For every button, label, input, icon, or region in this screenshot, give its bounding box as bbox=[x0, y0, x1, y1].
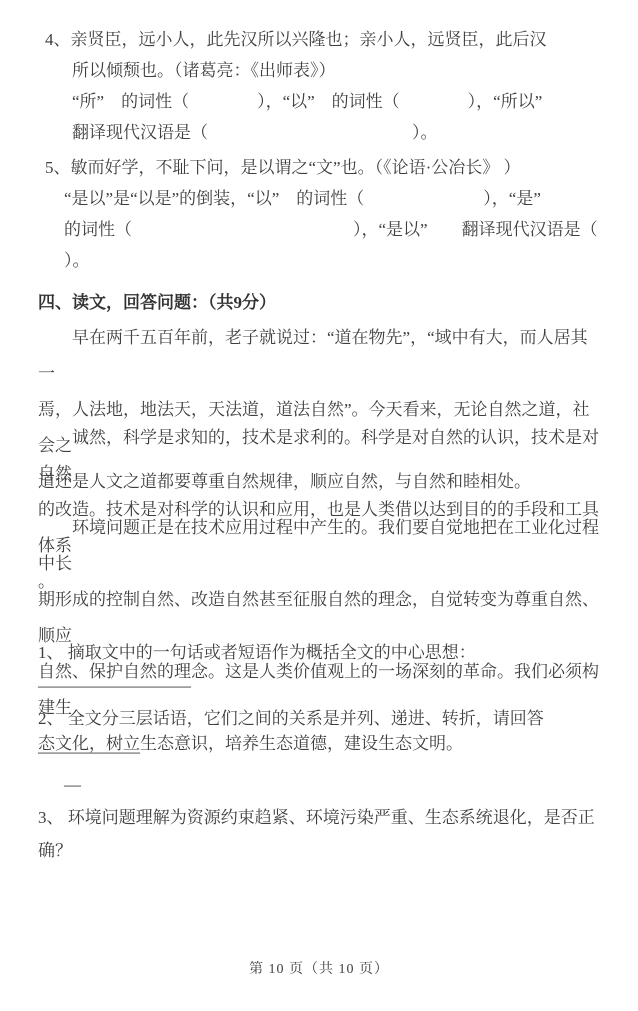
page-number: 第 10 页（共 10 页） bbox=[249, 962, 389, 977]
item5-line-4: ）。 bbox=[38, 245, 602, 276]
item4-line-3: “所” 的词性（ ），“以” 的词性（ ），“所以” bbox=[38, 86, 602, 117]
exercise-item-5: 5、敏而好学，不耻下问，是以谓之“文”也。（《论语·公冶长》 ） “是以”是“以… bbox=[0, 152, 638, 276]
question-3: 3、 环境问题理解为资源约束趋紧、环境污染严重、生态系统退化，是否正确？ bbox=[38, 801, 602, 867]
para1-line-1: 早在两千五百年前，老子就说过：“道在物先”，“域中有大，而人居其一 bbox=[38, 320, 602, 392]
item5-line-2: “是以”是“以是”的倒装，“以” 的词性（ ），“是” bbox=[38, 183, 602, 214]
question-2-continuation: — bbox=[38, 768, 602, 801]
section-4-heading: 四、读文，回答问题：（共9分） bbox=[0, 288, 638, 318]
exam-page: 4、亲贤臣，远小人，此先汉所以兴隆也；亲小人，远贤臣，此后汉 所以倾颓也。（诸葛… bbox=[0, 0, 638, 1011]
page-footer: 第 10 页（共 10 页） bbox=[0, 958, 638, 978]
item4-line-4: 翻译现代汉语是（ ）。 bbox=[38, 117, 602, 148]
question-2: 2、 全文分三层话语，它们之间的关系是并列、递进、转折，请回答—————— bbox=[38, 702, 602, 768]
item4-line-2: 所以倾颓也。（诸葛亮：《出师表》） bbox=[38, 55, 602, 86]
para3-line-1: 环境问题正是在技术应用过程中产生的。我们要自觉地把在工业化过程中长 bbox=[38, 510, 602, 582]
item5-line-3: 的词性（ ），“是以” 翻译现代汉语是（ bbox=[38, 214, 602, 245]
item4-line-1: 4、亲贤臣，远小人，此先汉所以兴隆也；亲小人，远贤臣，此后汉 bbox=[38, 24, 602, 55]
para2-line-1: 诚然，科学是求知的，技术是求利的。科学是对自然的认识，技术是对自然 bbox=[38, 420, 602, 492]
item5-line-1: 5、敏而好学，不耻下问，是以谓之“文”也。（《论语·公冶长》 ） bbox=[38, 152, 602, 183]
question-1: 1、 摘取文中的一句话或者短语作为概括全文的中心思想：————————— bbox=[38, 636, 602, 702]
question-list: 1、 摘取文中的一句话或者短语作为概括全文的中心思想：————————— 2、 … bbox=[0, 636, 638, 867]
exercise-item-4: 4、亲贤臣，远小人，此先汉所以兴隆也；亲小人，远贤臣，此后汉 所以倾颓也。（诸葛… bbox=[0, 24, 638, 148]
